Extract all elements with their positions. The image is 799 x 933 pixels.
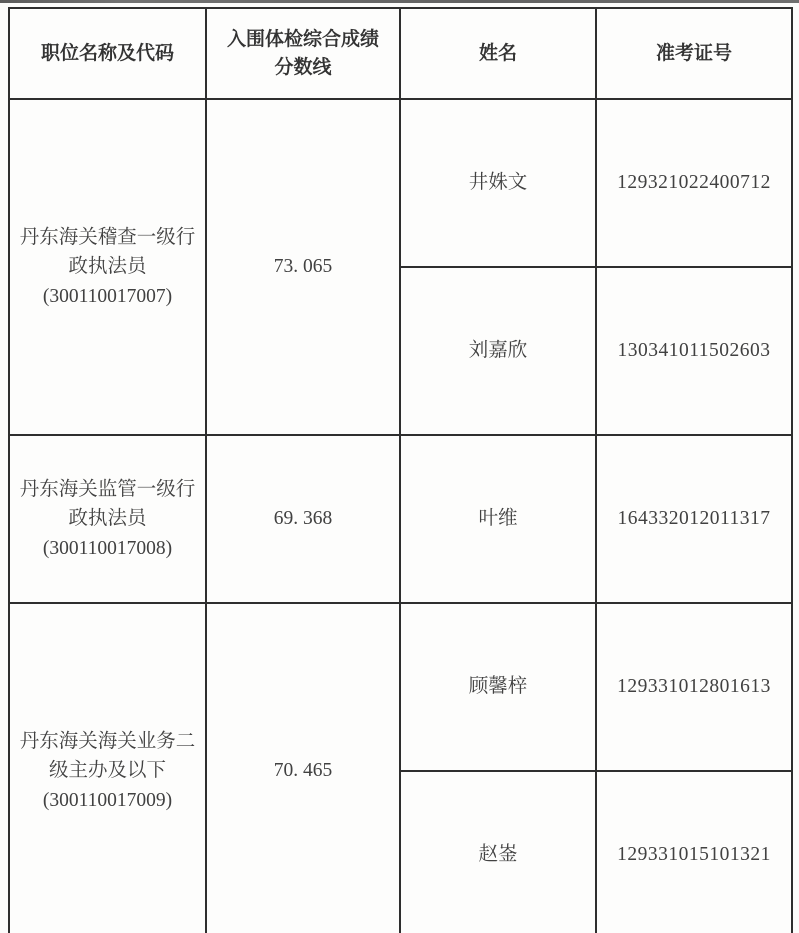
- score-cell-g0: 73. 065: [206, 99, 400, 435]
- table-row: 丹东海关海关业务二 级主办及以下 (300110017009) 70. 465 …: [9, 603, 792, 771]
- score-cell-g1: 69. 368: [206, 435, 400, 603]
- ticket-cell-g2-r0: 129331012801613: [596, 603, 792, 771]
- name-cell-g0-r0: 井姝文: [400, 99, 596, 267]
- name-cell-g0-r1: 刘嘉欣: [400, 267, 596, 435]
- table-row: 丹东海关稽查一级行 政执法员 (300110017007) 73. 065 井姝…: [9, 99, 792, 267]
- ticket-cell-g2-r1: 129331015101321: [596, 771, 792, 933]
- ticket-cell-g1-r0: 164332012011317: [596, 435, 792, 603]
- header-name: 姓名: [400, 8, 596, 99]
- document-page: 职位名称及代码 入围体检综合成绩 分数线 姓名 准考证号 丹东海关稽查一级行 政…: [0, 0, 799, 933]
- scan-edge-artifact: [0, 0, 799, 3]
- header-position-code: 职位名称及代码: [9, 8, 206, 99]
- ticket-cell-g0-r1: 130341011502603: [596, 267, 792, 435]
- position-cell-g1: 丹东海关监管一级行 政执法员 (300110017008): [9, 435, 206, 603]
- score-line-table: 职位名称及代码 入围体检综合成绩 分数线 姓名 准考证号 丹东海关稽查一级行 政…: [8, 7, 793, 933]
- score-cell-g2: 70. 465: [206, 603, 400, 933]
- header-ticket-no: 准考证号: [596, 8, 792, 99]
- ticket-cell-g0-r0: 129321022400712: [596, 99, 792, 267]
- position-cell-g2: 丹东海关海关业务二 级主办及以下 (300110017009): [9, 603, 206, 933]
- position-cell-g0: 丹东海关稽查一级行 政执法员 (300110017007): [9, 99, 206, 435]
- table-row: 丹东海关监管一级行 政执法员 (300110017008) 69. 368 叶维…: [9, 435, 792, 603]
- header-score-line: 入围体检综合成绩 分数线: [206, 8, 400, 99]
- name-cell-g2-r1: 赵崟: [400, 771, 596, 933]
- name-cell-g2-r0: 顾馨梓: [400, 603, 596, 771]
- header-row: 职位名称及代码 入围体检综合成绩 分数线 姓名 准考证号: [9, 8, 792, 99]
- name-cell-g1-r0: 叶维: [400, 435, 596, 603]
